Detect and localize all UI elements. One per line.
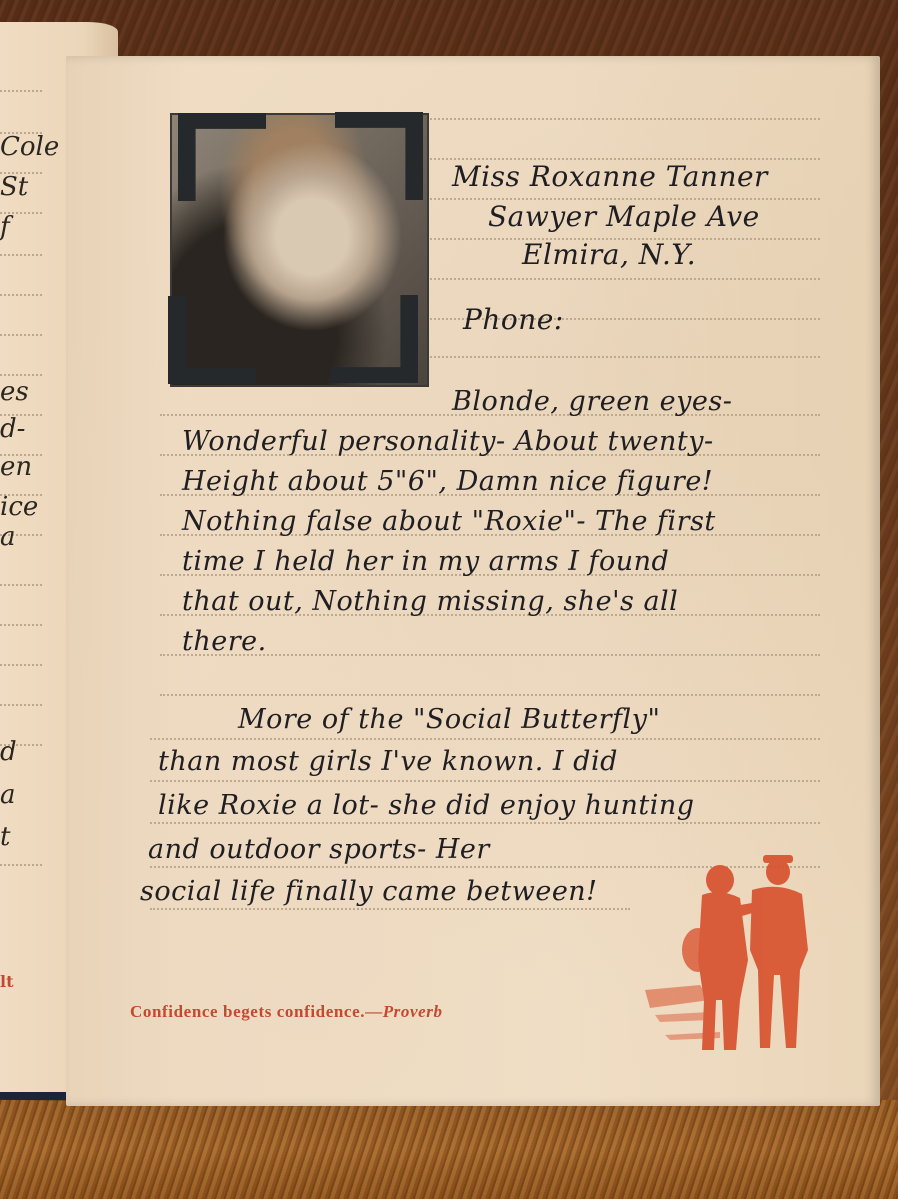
left-page-printed-fragment: lt (0, 972, 13, 991)
ruled-line (0, 374, 42, 376)
left-page-text-fragment: en (0, 452, 32, 482)
address-city: Elmira, N.Y. (522, 238, 696, 271)
ruled-line (0, 90, 42, 92)
entry-line: social life finally came between! (140, 876, 598, 907)
left-page-text-fragment: d- (0, 414, 25, 444)
ruled-line (150, 822, 820, 824)
ruled-line (0, 584, 42, 586)
ruled-line (425, 118, 820, 120)
proverb-text: Confidence begets confidence. (130, 1002, 365, 1021)
entry-line: time I held her in my arms I found (182, 546, 669, 577)
entry-line: that out, Nothing missing, she's all (182, 586, 678, 617)
entry-line: than most girls I've known. I did (158, 746, 618, 777)
ruled-line (150, 780, 820, 782)
entry-line: like Roxie a lot- she did enjoy hunting (158, 790, 695, 821)
entry-line: More of the "Social Butterfly" (238, 704, 660, 735)
ruled-line (0, 334, 42, 336)
ruled-line (160, 694, 820, 696)
left-page-text-fragment: St (0, 172, 28, 202)
left-page-text-fragment: es (0, 377, 29, 407)
portrait-photo (170, 113, 429, 387)
left-page-text-fragment: a (0, 780, 16, 810)
ruled-line (0, 704, 42, 706)
soldiers-illustration (640, 850, 830, 1065)
entry-line: and outdoor sports- Her (148, 834, 490, 865)
ruled-line (0, 664, 42, 666)
phone-label: Phone: (463, 303, 564, 336)
entry-line: Nothing false about "Roxie"- The first (182, 506, 716, 537)
ruled-line (425, 278, 820, 280)
left-page-text-fragment: t (0, 822, 10, 852)
left-page-text-fragment: f (0, 212, 10, 242)
proverb-dash: — (365, 1002, 383, 1021)
entry-line: Wonderful personality- About twenty- (182, 426, 714, 457)
entry-line: Height about 5"6", Damn nice figure! (182, 466, 713, 497)
left-page-text-fragment: a (0, 522, 16, 552)
address-name: Miss Roxanne Tanner (452, 160, 768, 193)
left-page-text-fragment: ice (0, 492, 38, 522)
printed-proverb: Confidence begets confidence.—Proverb (130, 1002, 443, 1022)
left-page-text-fragment: Cole (0, 132, 59, 162)
ruled-line (150, 908, 630, 910)
wooden-table-surface (0, 1100, 898, 1199)
ruled-line (0, 254, 42, 256)
entry-line: there. (182, 626, 267, 657)
left-page-text-fragment: d (0, 737, 17, 767)
ruled-line (150, 738, 820, 740)
ruled-line (0, 294, 42, 296)
ruled-line (425, 356, 820, 358)
ruled-line (0, 864, 42, 866)
entry-line: Blonde, green eyes- (452, 386, 732, 417)
proverb-attribution: Proverb (383, 1002, 443, 1021)
ruled-line (0, 624, 42, 626)
address-street: Sawyer Maple Ave (488, 200, 760, 233)
